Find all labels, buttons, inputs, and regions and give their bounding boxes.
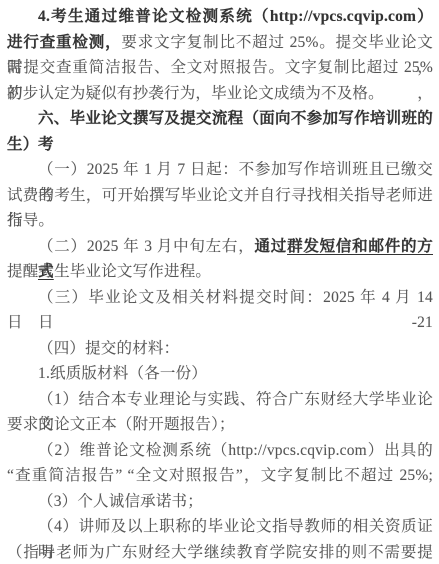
- text-segment: （2）维普论文检测系统（http://vpcs.cqvip.com）出具的: [38, 442, 433, 459]
- text-line: 4.考生通过维普论文检测系统（http://vpcs.cqvip.com）: [7, 4, 433, 30]
- text-line: 六、毕业论文撰写及提交流程（面向不参加写作培训班的考: [7, 106, 433, 132]
- text-segment: （三）毕业论文及相关材料提交时间：2025 年 4 月 14 日-21: [38, 289, 433, 332]
- text-line: 生）: [7, 132, 433, 158]
- text-line: 进行查重检测，要求文字复制比不超过 25%。提交毕业论文时，: [7, 30, 433, 56]
- text-line: （2）维普论文检测系统（http://vpcs.cqvip.com）出具的: [7, 438, 433, 464]
- text-segment: 生）: [7, 136, 38, 153]
- text-line: 初步认定为疑似有抄袭行为，毕业论文成绩为不及格。: [7, 81, 433, 107]
- text-segment: 日: [7, 314, 23, 331]
- text-line: 试费的考生，可开始撰写毕业论文并自行寻找相关指导老师进行: [7, 183, 433, 209]
- text-segment: 4.考生通过维普论文检测系统（http://vpcs.cqvip.com）: [38, 8, 433, 25]
- text-line: （三）毕业论文及相关材料提交时间：2025 年 4 月 14 日-21: [7, 285, 433, 311]
- text-line: （4）讲师及以上职称的毕业论文指导教师的相关资质证明: [7, 514, 433, 540]
- text-segment: 指导。: [7, 212, 54, 229]
- text-segment: （3）个人诚信承诺书；: [38, 493, 203, 510]
- text-line: “查重简洁报告” “全文对照报告”，文字复制比不超过 25%;: [7, 463, 433, 489]
- text-line: 要求的论文正本（附开题报告）；: [7, 412, 433, 438]
- text-line: 提醒考生毕业论文写作进程。: [7, 259, 433, 285]
- text-line: （指导老师为广东财经大学继续教育学院安排的则不需要提: [7, 540, 433, 564]
- text-line: （1）结合本专业理论与实践、符合广东财经大学毕业论文: [7, 387, 433, 413]
- text-segment: 通过: [255, 238, 288, 255]
- text-segment: （四）提交的材料：: [38, 340, 179, 357]
- text-segment: “查重简洁报告” “全文对照报告”，文字复制比不超过 25%;: [7, 467, 433, 484]
- document-page: 4.考生通过维普论文检测系统（http://vpcs.cqvip.com）进行查…: [0, 0, 439, 564]
- text-segment: （二）2025 年 3 月中旬左右，: [38, 238, 255, 255]
- document-text-block: 4.考生通过维普论文检测系统（http://vpcs.cqvip.com）进行查…: [7, 4, 433, 564]
- text-segment: 初步认定为疑似有抄袭行为，毕业论文成绩为不及格。: [7, 85, 384, 102]
- text-line: （二）2025 年 3 月中旬左右，通过群发短信和邮件的方式: [7, 234, 433, 260]
- text-segment: 进行查重检测，: [7, 34, 121, 51]
- text-segment: 要求的论文正本（附开题报告）；: [7, 416, 235, 433]
- text-line: （四）提交的材料：: [7, 336, 433, 362]
- text-line: 1.纸质版材料（各一份）: [7, 361, 433, 387]
- text-line: （3）个人诚信承诺书；: [7, 489, 433, 515]
- text-segment: （指导老师为广东财经大学继续教育学院安排的则不需要提: [7, 544, 433, 561]
- text-line: 需提交查重简洁报告、全文对照报告。文字复制比超过 25%的，: [7, 55, 433, 81]
- text-line: 指导。: [7, 208, 433, 234]
- text-segment: 提醒考生毕业论文写作进程。: [7, 263, 211, 280]
- text-segment: 1.纸质版材料（各一份）: [38, 365, 207, 382]
- text-line: （一）2025 年 1 月 7 日起：不参加写作培训班且已缴交考: [7, 157, 433, 183]
